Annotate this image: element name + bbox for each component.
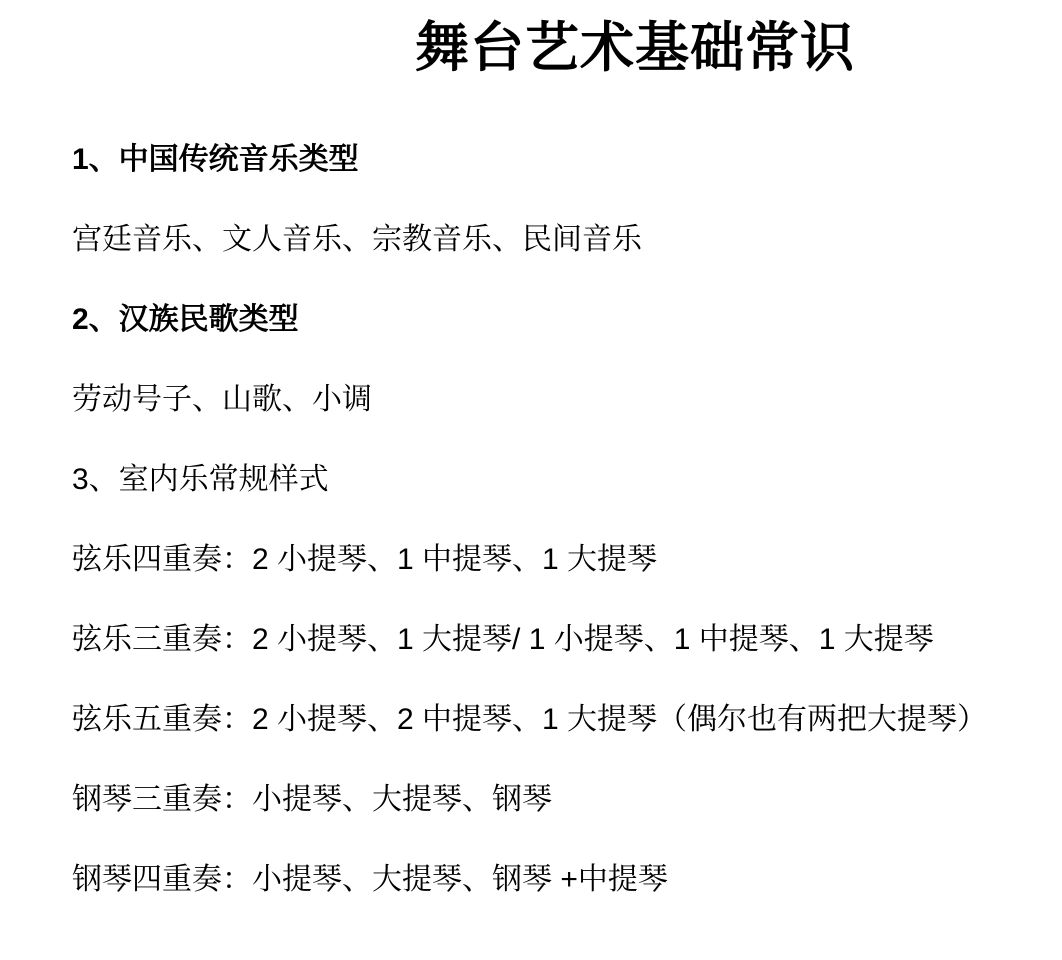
section-2-line-1: 劳动号子、山歌、小调 xyxy=(72,383,1062,417)
section-3-heading: 3、室内乐常规样式 xyxy=(72,463,1062,497)
document-page: 舞台艺术基础常识 1、中国传统音乐类型 宫廷音乐、文人音乐、宗教音乐、民间音乐 … xyxy=(0,16,1062,897)
section-3-line-4: 钢琴三重奏：小提琴、大提琴、钢琴 xyxy=(72,783,1062,817)
section-1-heading: 1、中国传统音乐类型 xyxy=(72,143,1062,177)
document-body: 1、中国传统音乐类型 宫廷音乐、文人音乐、宗教音乐、民间音乐 2、汉族民歌类型 … xyxy=(0,80,1062,897)
section-3-line-1: 弦乐四重奏：2 小提琴、1 中提琴、1 大提琴 xyxy=(72,543,1062,577)
section-1-line-1: 宫廷音乐、文人音乐、宗教音乐、民间音乐 xyxy=(72,223,1062,257)
document-title: 舞台艺术基础常识 xyxy=(0,16,1062,80)
section-3-line-2: 弦乐三重奏：2 小提琴、1 大提琴/ 1 小提琴、1 中提琴、1 大提琴 xyxy=(72,623,1062,657)
section-3-line-3: 弦乐五重奏：2 小提琴、2 中提琴、1 大提琴（偶尔也有两把大提琴） xyxy=(72,703,1062,737)
section-2-heading: 2、汉族民歌类型 xyxy=(72,303,1062,337)
section-3-line-5: 钢琴四重奏：小提琴、大提琴、钢琴 +中提琴 xyxy=(72,863,1062,897)
